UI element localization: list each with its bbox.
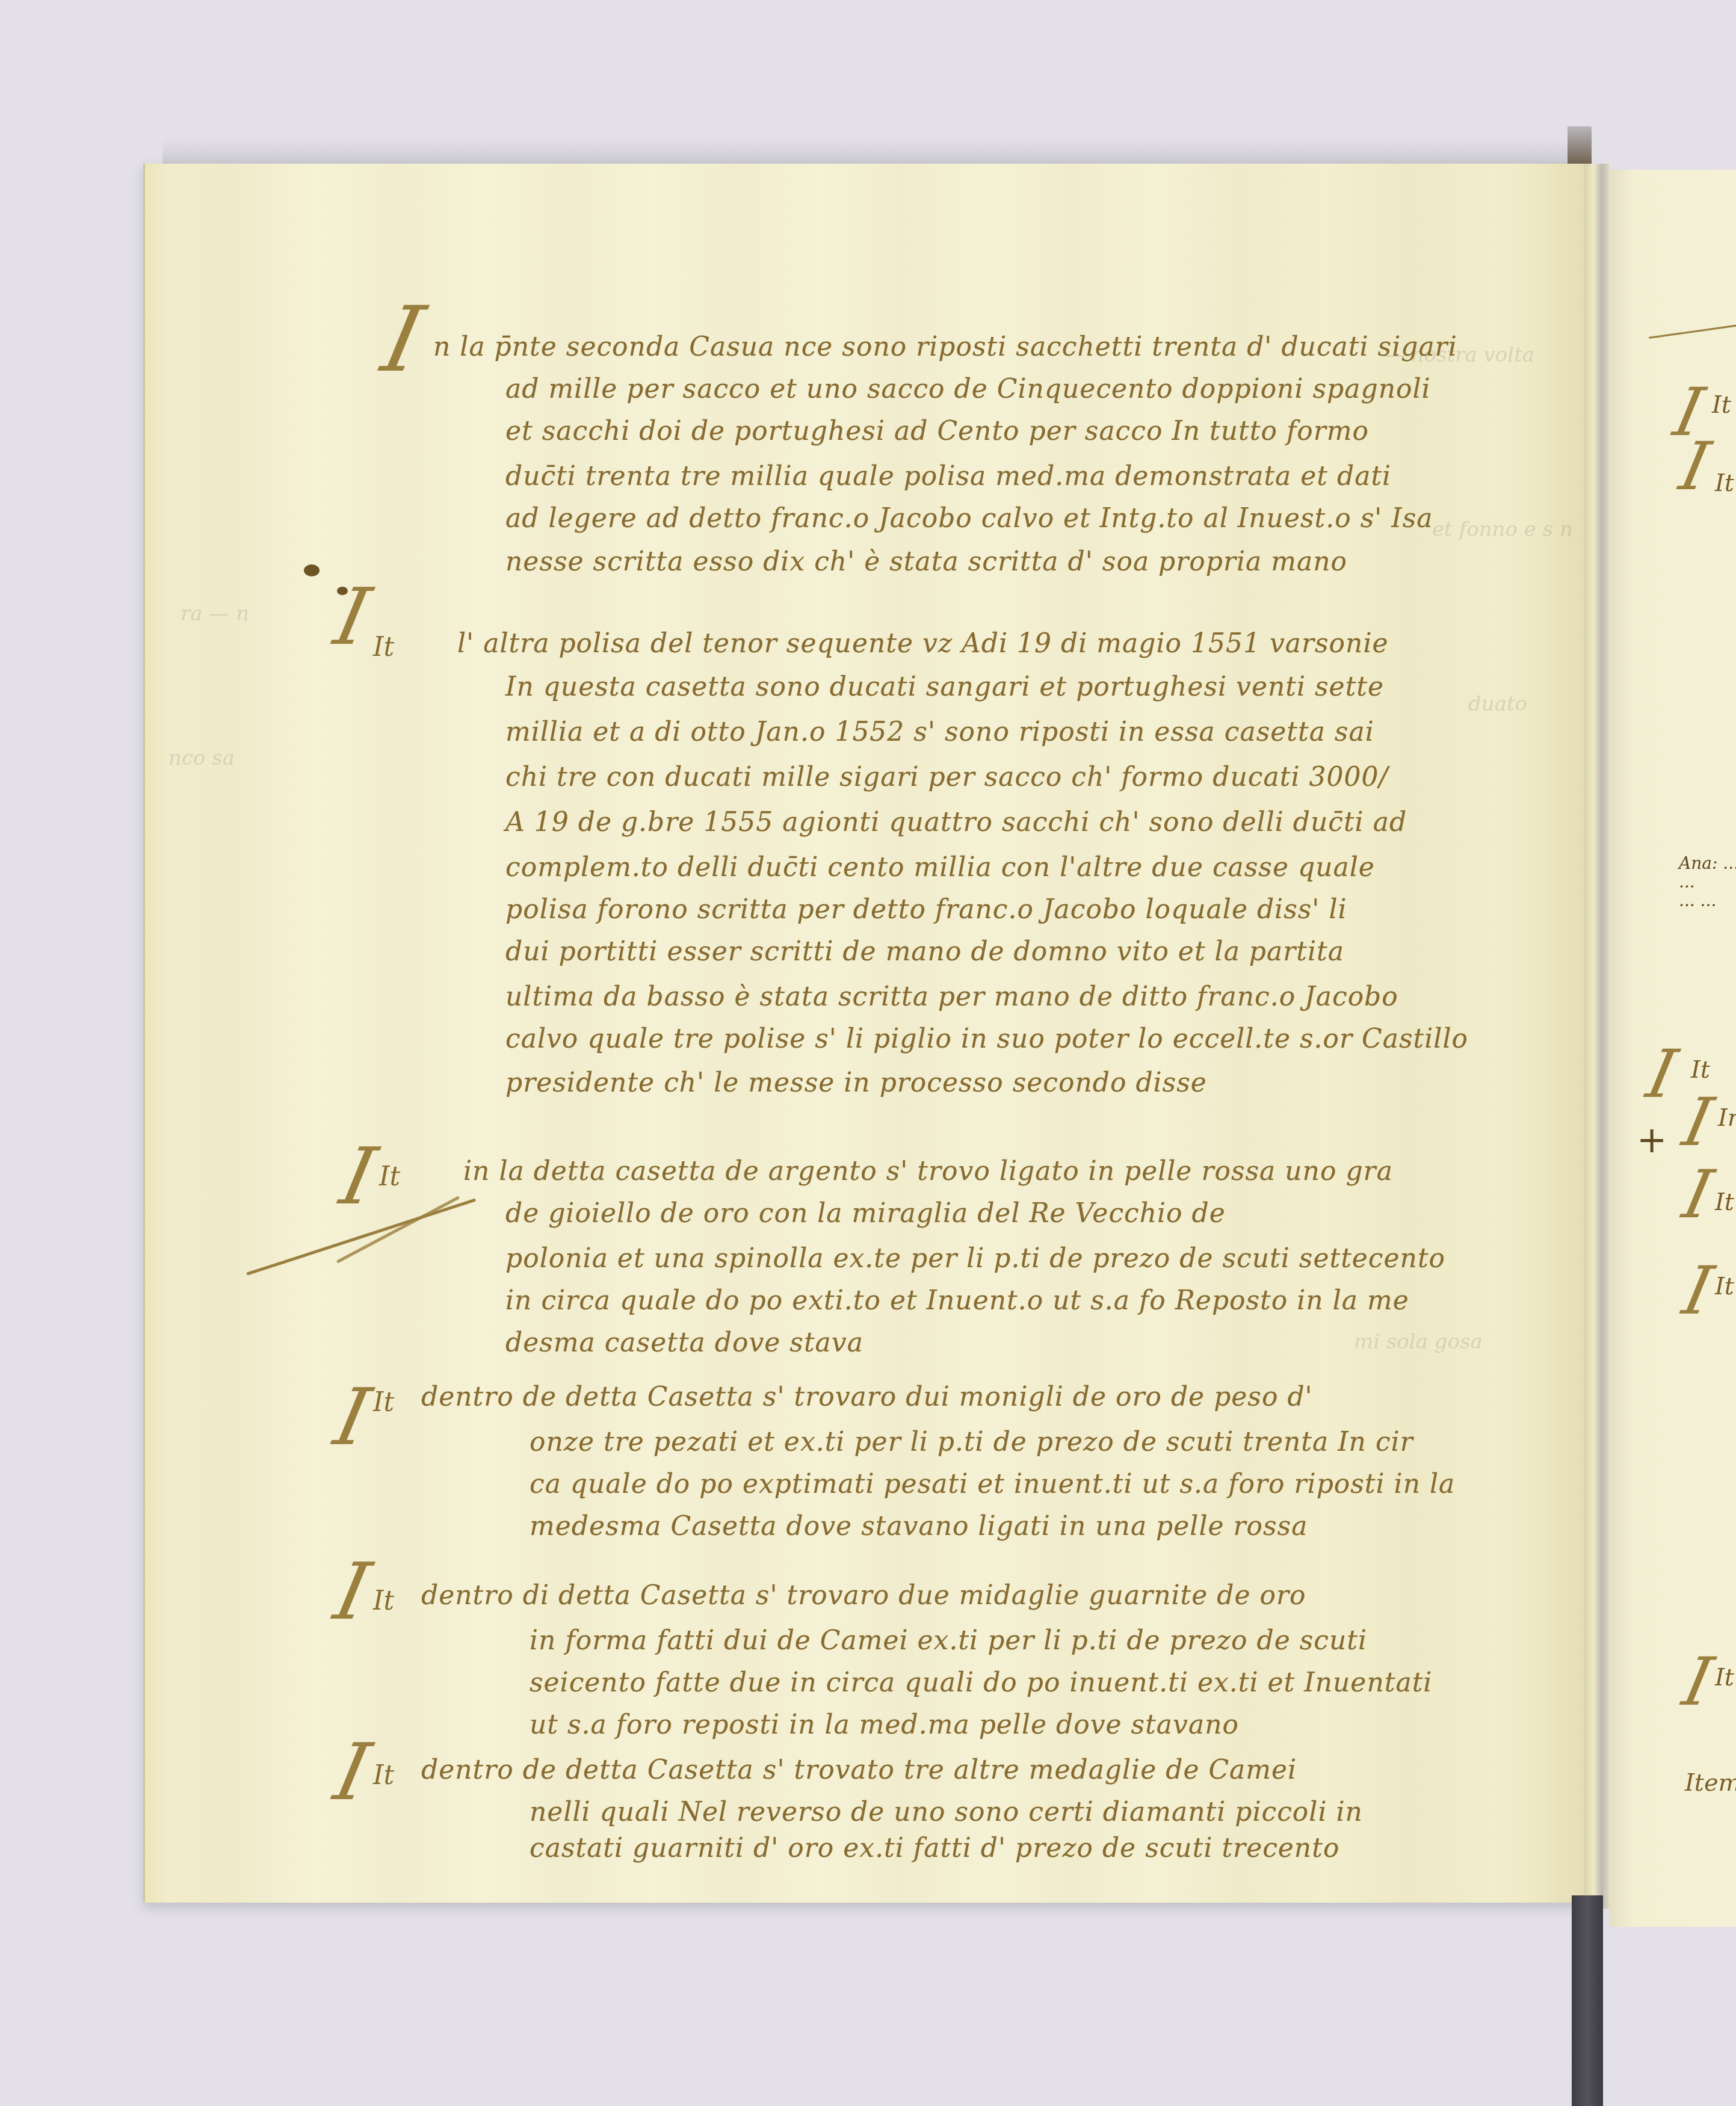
item-abbreviation: It	[373, 1586, 394, 1616]
text-line: nelli quali Nel reverso de uno sono cert…	[530, 1799, 1363, 1826]
text-line: desma casetta dove stava	[505, 1330, 863, 1356]
text-line: dentro de detta Casetta s' trovaro dui m…	[421, 1384, 1313, 1410]
text-line: ad mille per sacco et uno sacco de Cinqu…	[505, 376, 1431, 403]
right-item-abbreviation: Item	[1685, 1769, 1736, 1797]
text-line: medesma Casetta dove stavano ligati in u…	[530, 1513, 1308, 1540]
text-line: millia et a di otto Jan.o 1552 s' sono r…	[505, 719, 1374, 746]
text-line: n la p̄nte seconda Casua nce sono ripost…	[433, 334, 1457, 360]
binding-strip	[1572, 1895, 1603, 2106]
right-item-abbreviation: It	[1715, 1664, 1734, 1691]
text-line: castati guarniti d' oro ex.ti fatti d' p…	[530, 1835, 1339, 1862]
text-line: l' altra polisa del tenor sequente vz Ad…	[457, 631, 1389, 657]
text-line: in forma fatti dui de Camei ex.ti per li…	[530, 1628, 1367, 1654]
cross-mark: +	[1637, 1119, 1667, 1161]
text-line: duc̄ti trenta tre millia quale polisa me…	[505, 463, 1391, 490]
text-line: polonia et una spinolla ex.te per li p.t…	[505, 1246, 1445, 1272]
book-gutter	[1584, 164, 1609, 1909]
binding-top	[1568, 126, 1592, 168]
right-item-abbreviation: It	[1715, 469, 1734, 497]
bleed-through: duato	[1468, 692, 1527, 716]
text-line: calvo quale tre polise s' li piglio in s…	[505, 1026, 1468, 1052]
item-abbreviation: It	[373, 1760, 394, 1791]
text-line: chi tre con ducati mille sigari per sacc…	[505, 764, 1388, 791]
text-line: dui portitti esser scritti de mano de do…	[505, 939, 1344, 965]
text-line: ad legere ad detto franc.o Jacobo calvo …	[505, 505, 1433, 532]
ink-blot	[304, 564, 320, 576]
right-item-abbreviation: It	[1691, 1056, 1710, 1084]
text-line: dentro di detta Casetta s' trovaro due m…	[421, 1583, 1306, 1609]
right-item-abbreviation: It	[1715, 1188, 1734, 1216]
text-line: ut s.a foro reposti in la med.ma pelle d…	[530, 1712, 1239, 1738]
bleed-through: ra — n	[181, 602, 249, 626]
text-line: de gioiello de oro con la miraglia del R…	[505, 1200, 1226, 1227]
text-line: nesse scritta esso dix ch' è stata scrit…	[505, 549, 1347, 575]
margin-note: Ana: ... ... ... ...	[1679, 854, 1736, 910]
text-line: In questa casetta sono ducati sangari et…	[505, 674, 1384, 700]
bleed-through: nco sa	[168, 746, 235, 770]
text-line: polisa forono scritta per detto franc.o …	[505, 897, 1347, 923]
text-line: complem.to delli duc̄ti cento millia con…	[505, 854, 1375, 881]
text-line: et sacchi doi de portughesi ad Cento per…	[505, 418, 1369, 445]
text-line: onze tre pezati et ex.ti per li p.ti de …	[530, 1429, 1413, 1456]
item-abbreviation: It	[379, 1161, 400, 1192]
text-line: in circa quale do po exti.to et Inuent.o…	[505, 1288, 1409, 1314]
text-line: in la detta casetta de argento s' trovo …	[463, 1158, 1393, 1185]
right-item-abbreviation: It	[1712, 391, 1731, 419]
text-line: ultima da basso è stata scritta per mano…	[505, 984, 1398, 1010]
item-abbreviation: It	[373, 1387, 394, 1418]
right-item-abbreviation: It	[1715, 1273, 1734, 1300]
text-line: A 19 de g.bre 1555 agionti quattro sacch…	[505, 809, 1407, 836]
text-line: presidente ch' le messe in processo seco…	[505, 1070, 1207, 1096]
text-line: dentro de detta Casetta s' trovato tre a…	[421, 1757, 1297, 1783]
right-item-abbreviation: In	[1718, 1104, 1736, 1132]
text-line: seicento fatte due in circa quali do po …	[530, 1670, 1432, 1696]
item-abbreviation: It	[373, 632, 394, 662]
bleed-through: mi sola gosa	[1354, 1330, 1483, 1354]
text-line: ca quale do po exptimati pesati et inuen…	[530, 1471, 1455, 1498]
bleed-through: et fonno e s n	[1432, 517, 1573, 542]
